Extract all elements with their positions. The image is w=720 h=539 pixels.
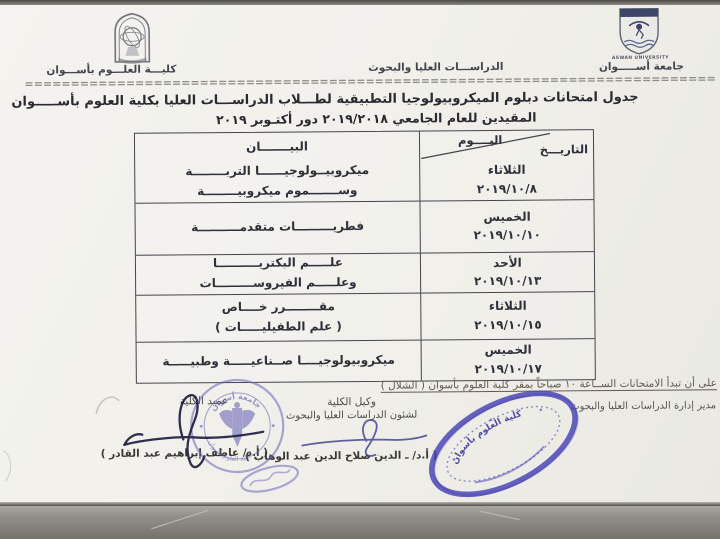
faint-marks — [0, 0, 720, 539]
scanned-document-photo: كليـــة العلـــوم بأســـوان الدراســـات … — [0, 0, 720, 539]
document-page: كليـــة العلـــوم بأســـوان الدراســـات … — [0, 0, 720, 539]
